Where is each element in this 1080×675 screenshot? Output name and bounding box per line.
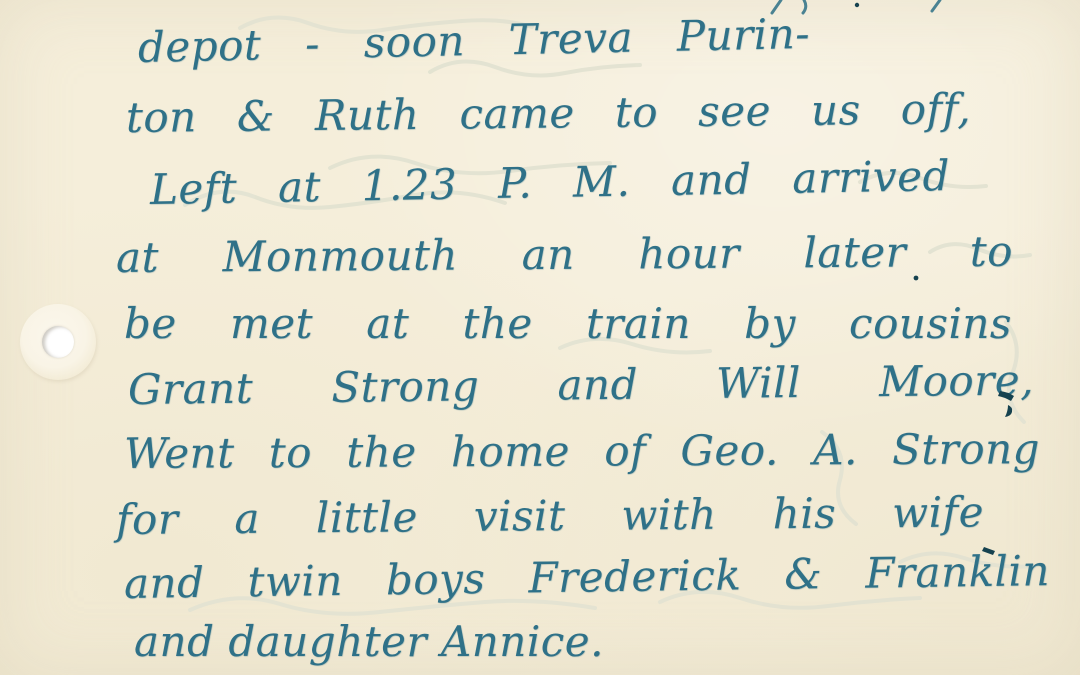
handwriting-line: and daughter Annice. xyxy=(134,616,604,668)
handwriting-line: at Monmouth an hour later to xyxy=(116,226,1013,284)
hole-punch xyxy=(42,326,74,358)
handwriting-line: Went to the home of Geo. A. Strong xyxy=(124,423,1040,480)
handwriting-line: ton & Ruth came to see us off, xyxy=(126,83,971,144)
handwriting-line: and twin boys Frederick & Franklin xyxy=(124,545,1051,610)
handwriting-line: Left at 1.23 P. M. and arrived xyxy=(150,150,951,216)
handwriting-line: be met at the train by cousins xyxy=(124,298,1012,350)
handwriting-line: for a little visit with his wife xyxy=(116,486,984,546)
scanned-diary-page: depot - soon Treva Purin- ton & Ruth cam… xyxy=(0,0,1080,675)
handwriting-line: depot - soon Treva Purin- xyxy=(137,8,810,74)
handwriting-line: Grant Strong and Will Moore, xyxy=(128,355,1034,416)
